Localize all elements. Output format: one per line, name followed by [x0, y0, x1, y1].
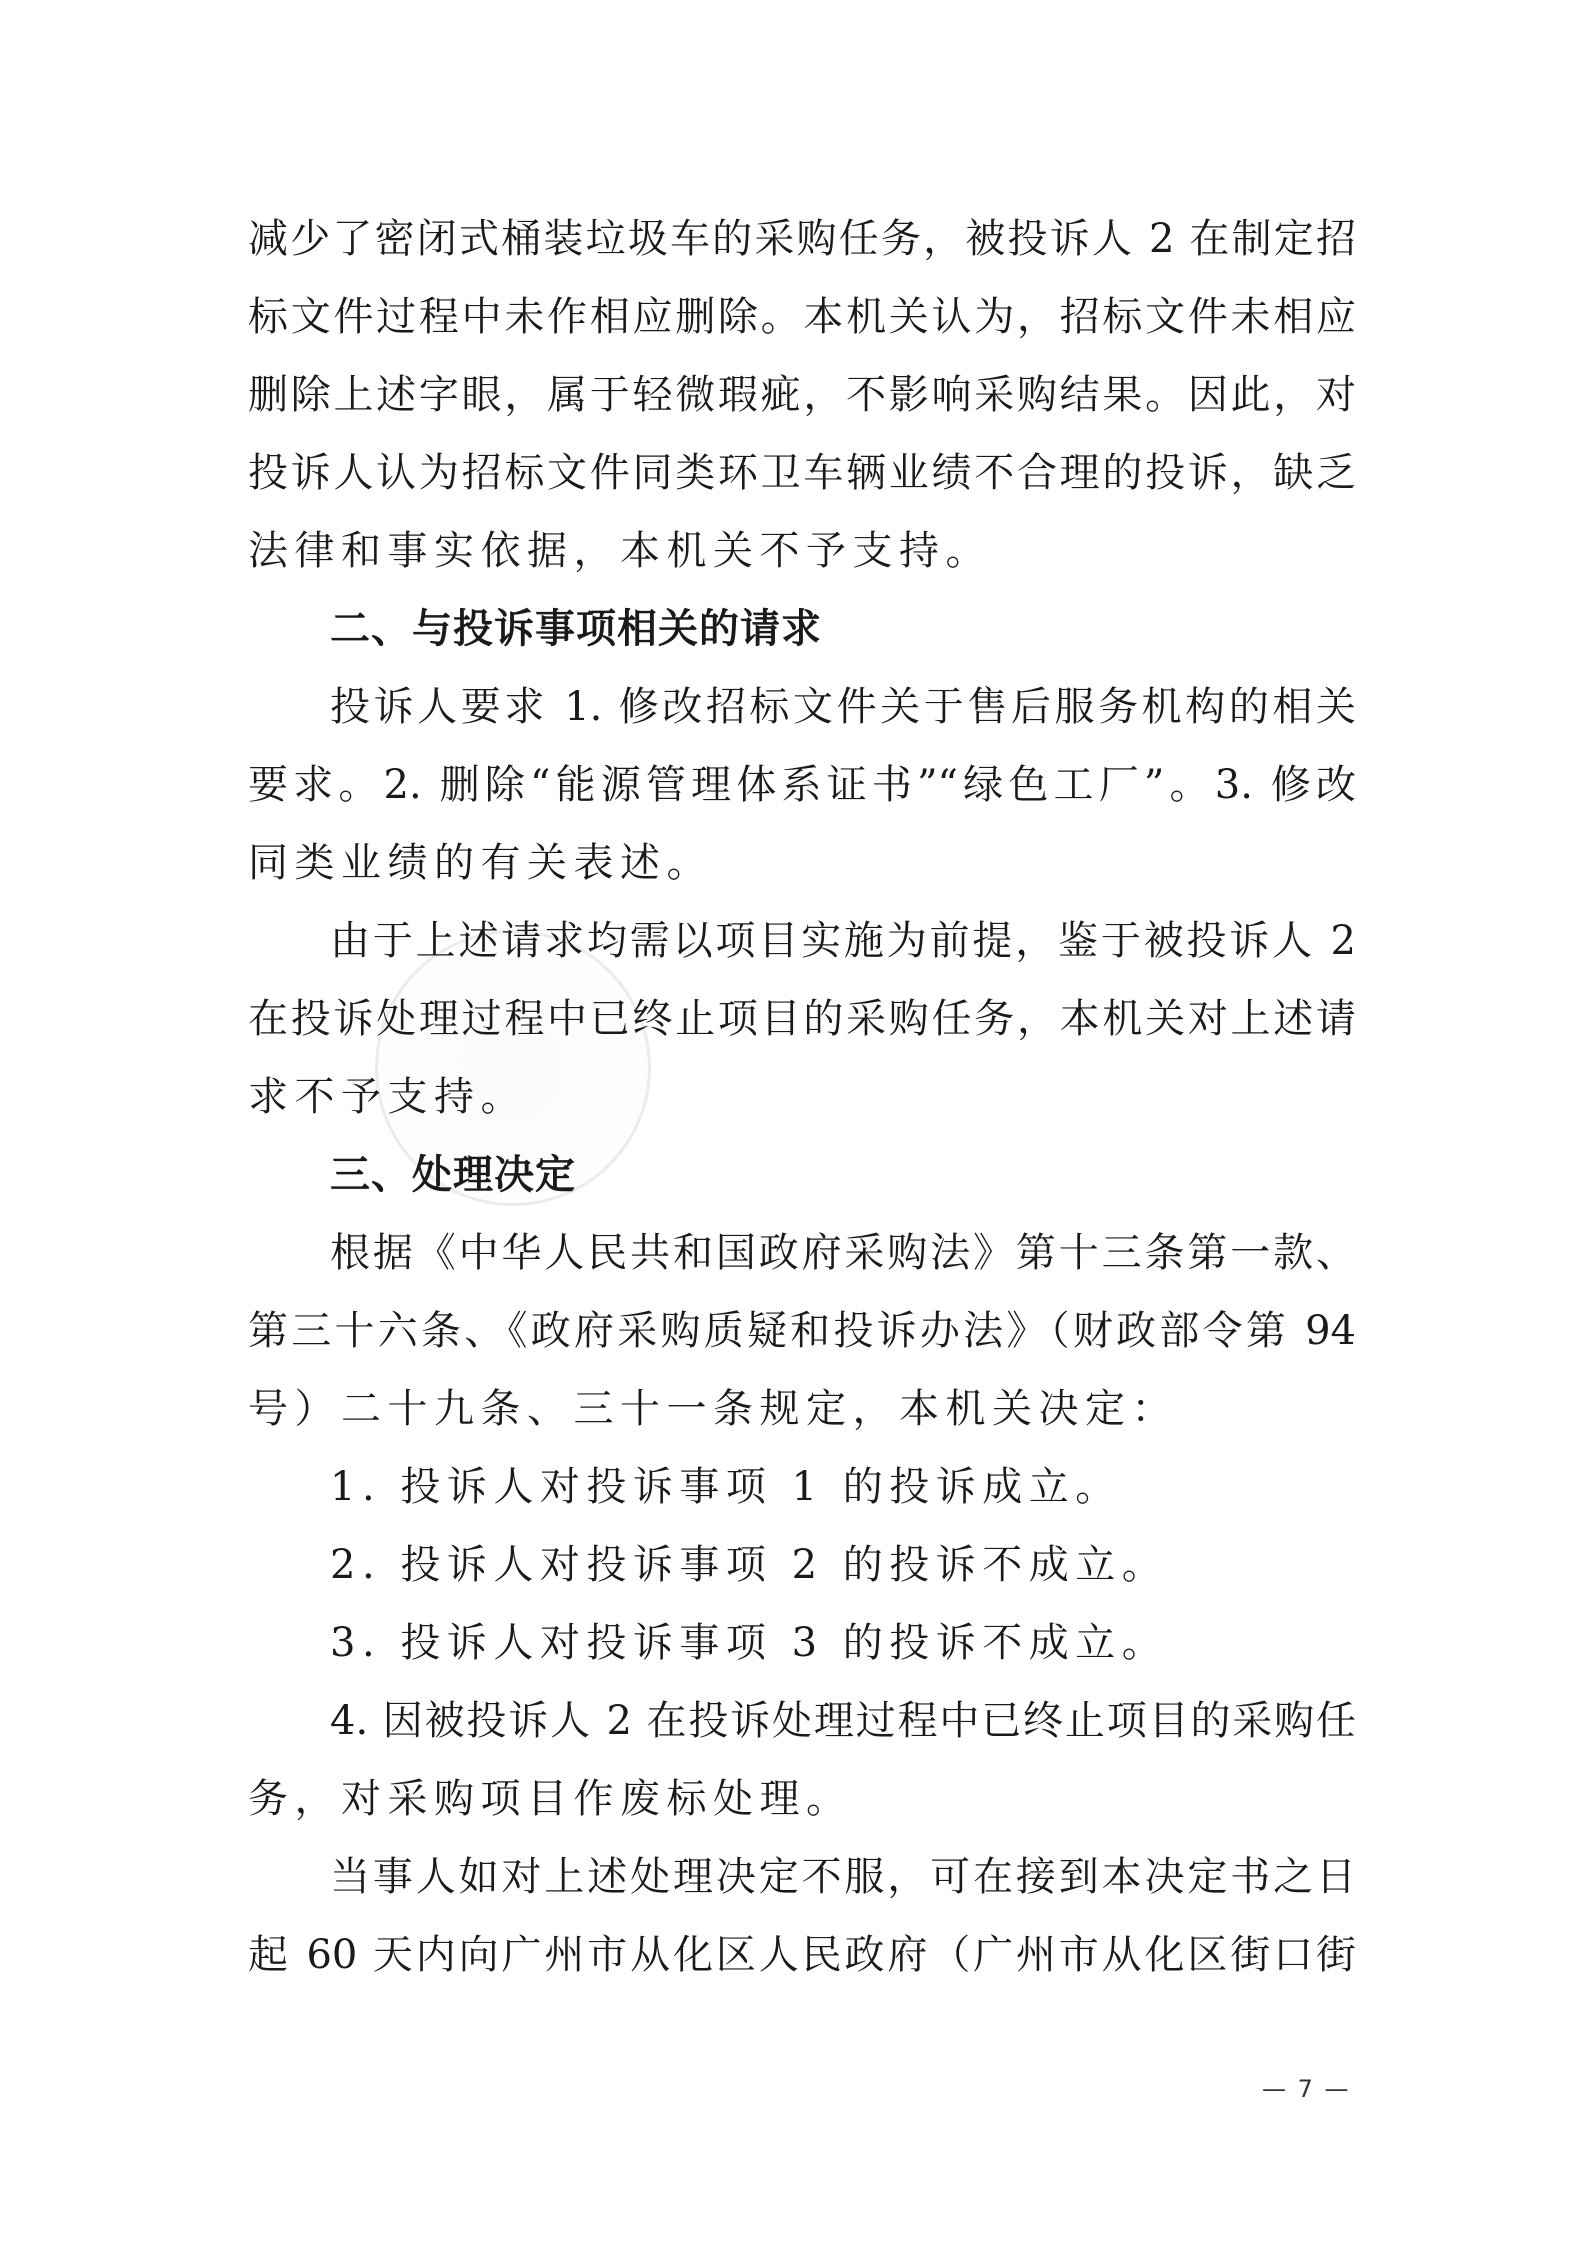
decision-item-3: 3. 投诉人对投诉事项 3 的投诉不成立。	[330, 1604, 1168, 1682]
body-text-line: 法律和事实依据，本机关不予支持。	[248, 512, 992, 590]
body-text-line: 在投诉处理过程中已终止项目的采购任务，本机关对上述请	[248, 980, 1356, 1058]
decision-item-4: 4. 因被投诉人 2 在投诉处理过程中已终止项目的采购任	[330, 1682, 1356, 1760]
body-text-line: 求不予支持。	[248, 1058, 527, 1136]
decision-item-4-continued: 务，对采购项目作废标处理。	[248, 1760, 853, 1838]
body-text-line: 投诉人要求 1. 修改招标文件关于售后服务机构的相关	[330, 668, 1356, 746]
section-heading-decision: 三、处理决定	[330, 1136, 576, 1214]
body-text-line: 同类业绩的有关表述。	[248, 824, 713, 902]
page-number: — 7 —	[1262, 2075, 1351, 2103]
body-text-line: 根据《中华人民共和国政府采购法》第十三条第一款、	[330, 1214, 1356, 1292]
body-text-line: 标文件过程中未作相应删除。本机关认为，招标文件未相应	[248, 278, 1356, 356]
body-text-line: 第三十六条、《政府采购质疑和投诉办法》（财政部令第 94	[248, 1292, 1356, 1370]
body-text-line: 减少了密闭式桶装垃圾车的采购任务，被投诉人 2 在制定招	[248, 200, 1356, 278]
body-text-line: 删除上述字眼，属于轻微瑕疵，不影响采购结果。因此，对	[248, 356, 1356, 434]
body-text-line: 当事人如对上述处理决定不服，可在接到本决定书之日	[330, 1838, 1356, 1916]
body-text-line: 要求。2. 删除“能源管理体系证书”“绿色工厂”。3. 修改	[248, 746, 1356, 824]
body-text-line: 号）二十九条、三十一条规定，本机关决定：	[248, 1370, 1178, 1448]
section-heading-requests: 二、与投诉事项相关的请求	[330, 590, 822, 668]
decision-item-1: 1. 投诉人对投诉事项 1 的投诉成立。	[330, 1448, 1122, 1526]
body-text-line: 起 60 天内向广州市从化区人民政府（广州市从化区街口街	[248, 1916, 1356, 1994]
body-text-line: 投诉人认为招标文件同类环卫车辆业绩不合理的投诉，缺乏	[248, 434, 1356, 512]
decision-item-2: 2. 投诉人对投诉事项 2 的投诉不成立。	[330, 1526, 1168, 1604]
body-text-line: 由于上述请求均需以项目实施为前提，鉴于被投诉人 2	[330, 902, 1356, 980]
